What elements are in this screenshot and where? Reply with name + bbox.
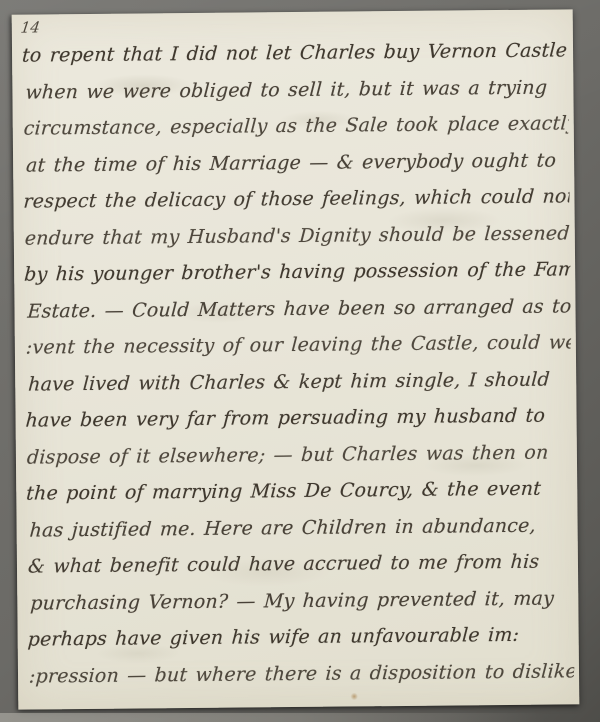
manuscript-line: to repent that I did not let Charles buy… xyxy=(21,32,569,74)
scan-background-mat: 14 to repent that I did not let Charles … xyxy=(0,0,600,722)
manuscript-text: to repent that I did not let Charles buy… xyxy=(22,32,574,694)
manuscript-line: :pression — but where there is a disposi… xyxy=(27,653,575,695)
manuscript-line: have lived with Charles & kept him singl… xyxy=(24,361,572,403)
manuscript-line: endure that my Husband's Dignity should … xyxy=(23,215,571,257)
manuscript-line: have been very far from persuading my hu… xyxy=(24,397,572,439)
mat-edge-highlight xyxy=(0,713,545,722)
manuscript-line: at the time of his Marriage — & everybod… xyxy=(22,142,570,184)
manuscript-line: circumstance, especially as the Sale too… xyxy=(22,105,570,147)
manuscript-line: when we were obliged to sell it, but it … xyxy=(21,69,569,111)
manuscript-line: purchasing Vernon? — My having prevented… xyxy=(26,580,574,622)
manuscript-line: by his younger brother's having possessi… xyxy=(23,251,571,293)
manuscript-page: 14 to repent that I did not let Charles … xyxy=(12,9,580,709)
manuscript-line: perhaps have given his wife an unfavoura… xyxy=(27,616,575,658)
manuscript-line: dispose of it elsewhere; — but Charles w… xyxy=(25,434,573,476)
manuscript-line: Estate. — Could Matters have been so arr… xyxy=(23,288,571,330)
manuscript-line: has justified me. Here are Children in a… xyxy=(26,507,574,549)
manuscript-line: respect the delicacy of those feelings, … xyxy=(22,178,570,220)
manuscript-line: :vent the necessity of our leaving the C… xyxy=(24,324,572,366)
page-number: 14 xyxy=(20,18,41,36)
manuscript-line: the point of marrying Miss De Courcy, & … xyxy=(25,470,573,512)
manuscript-line: & what benefit could have accrued to me … xyxy=(26,543,574,585)
